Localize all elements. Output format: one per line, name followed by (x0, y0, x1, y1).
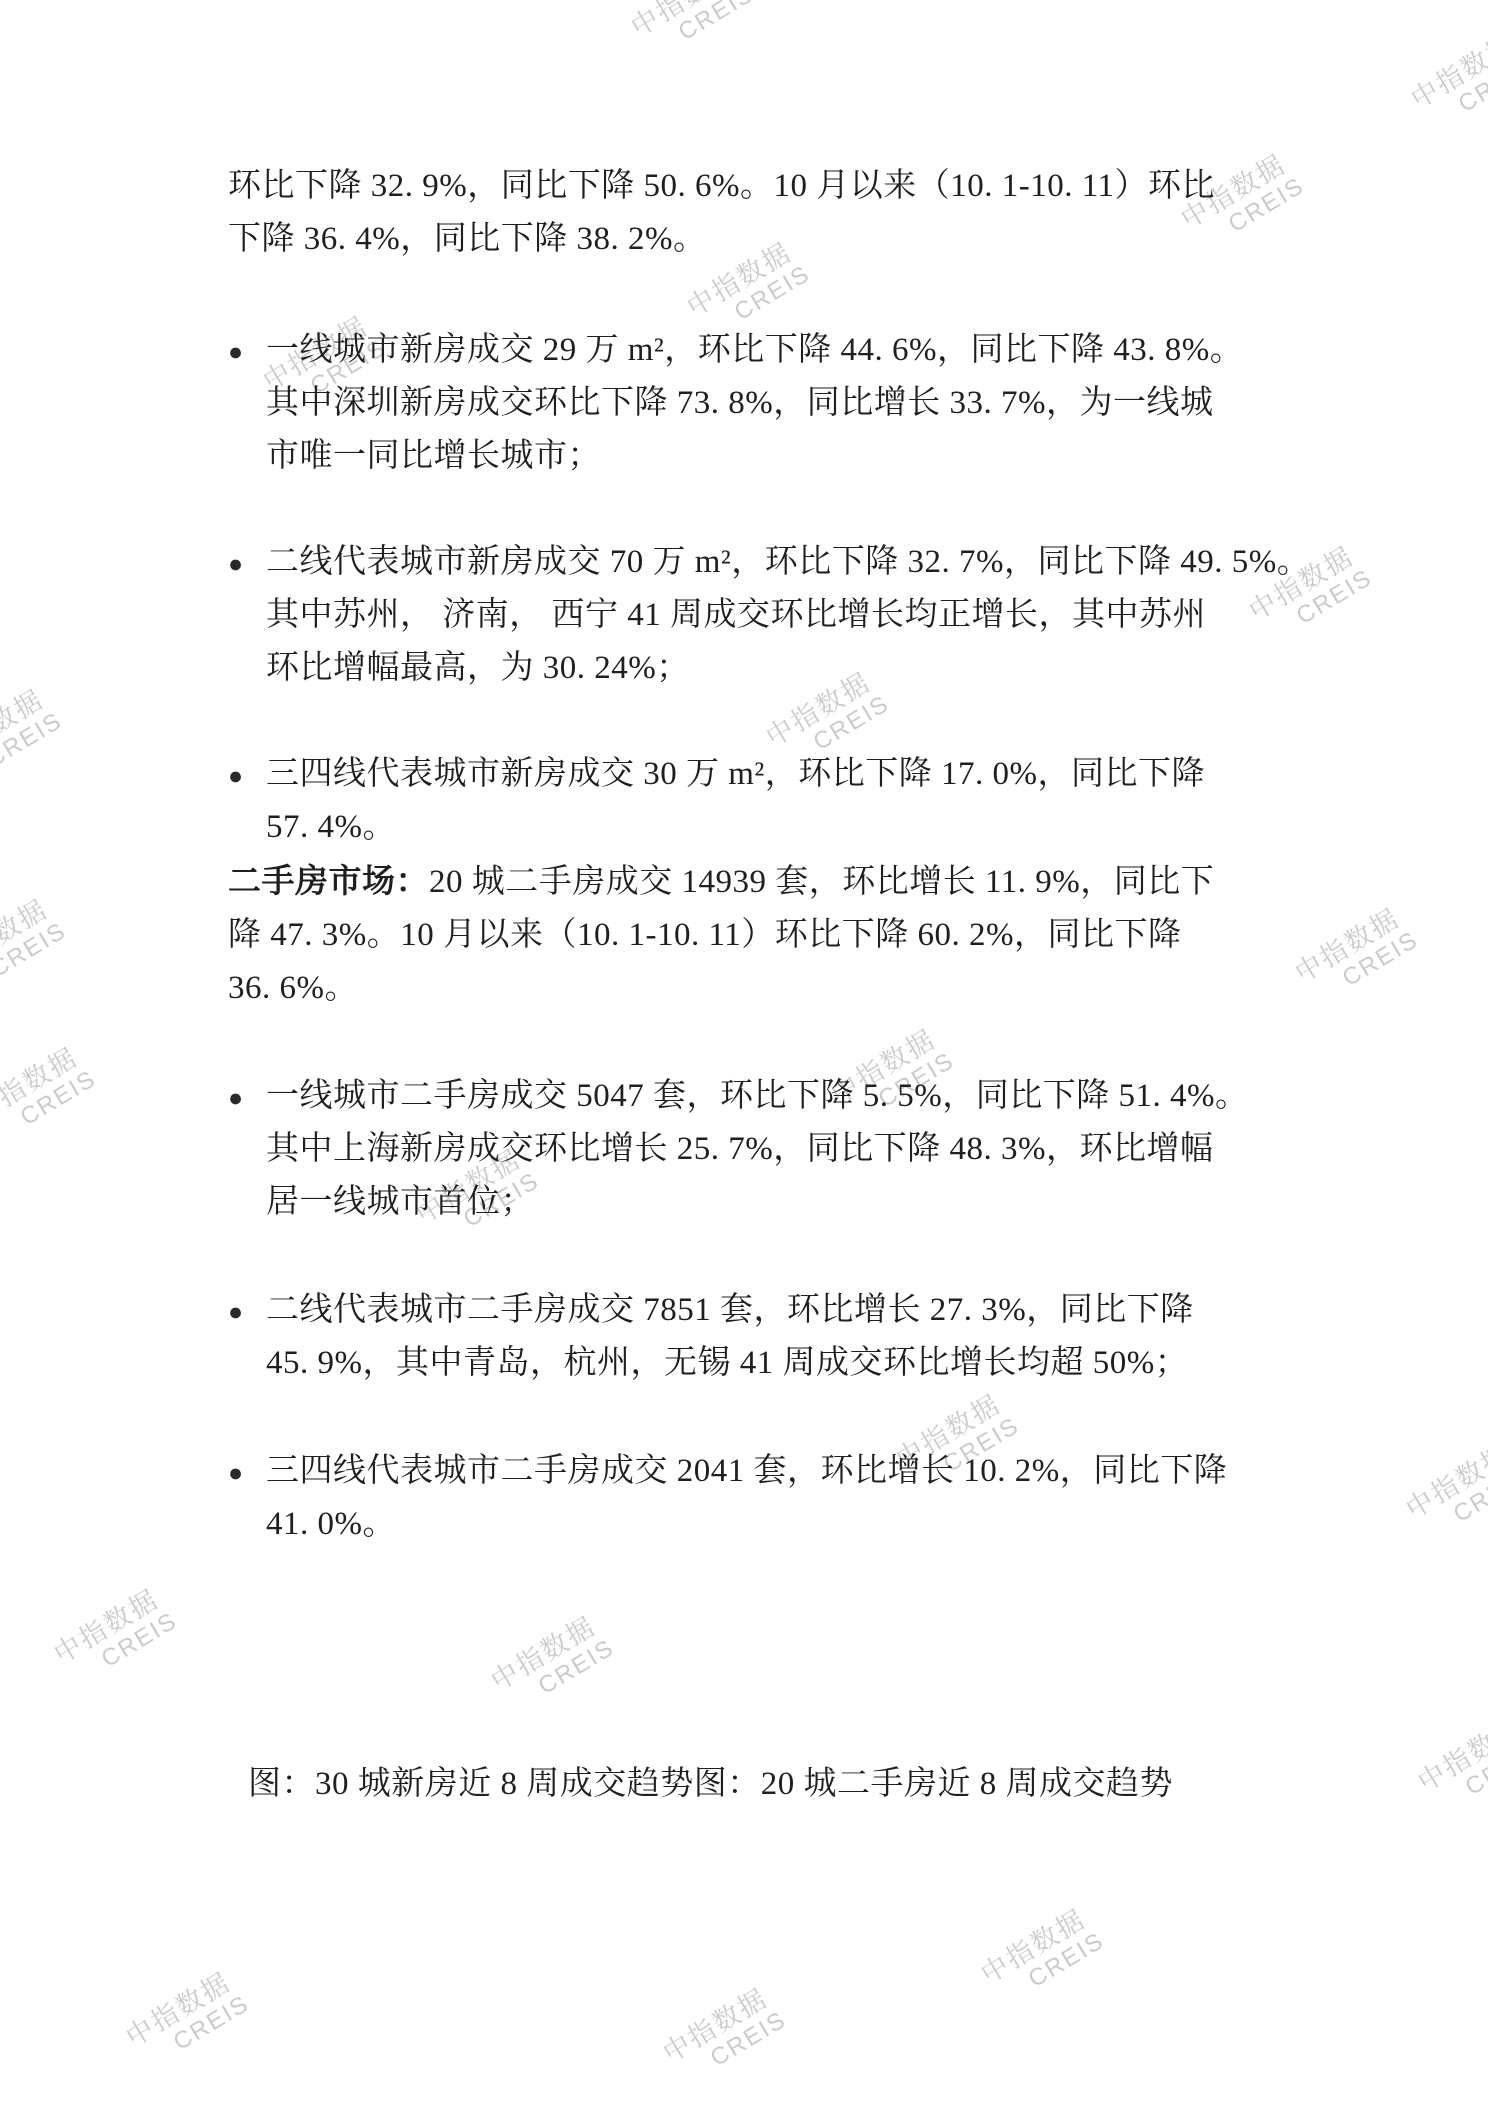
bullet-icon: ● (228, 1286, 266, 1339)
bullet-icon: ● (228, 750, 266, 803)
text-line: 居一线城市首位； (228, 1176, 1248, 1229)
paragraph: 二手房市场：20 城二手房成交 14939 套，环比增长 11. 9%，同比下降… (228, 856, 1214, 1015)
creis-watermark: 中指数据CREIS (659, 1967, 815, 2091)
bullet-item: ●三四线代表城市新房成交 30 万 m²，环比下降 17. 0%，同比下降57.… (228, 748, 1205, 854)
creis-watermark: 中指数据CREIS (0, 1026, 125, 1150)
watermark-text-en: CREIS (1225, 159, 1333, 237)
watermark-text-cn: 中指数据 (1291, 887, 1433, 987)
creis-watermark: 中指数据CREIS (627, 0, 783, 65)
bullet-icon: ● (228, 538, 266, 591)
creis-watermark: 中指数据CREIS (1407, 13, 1488, 137)
bullet-item: ●二线代表城市新房成交 70 万 m²，环比下降 32. 7%，同比下降 49.… (228, 536, 1310, 695)
bullet-icon: ● (228, 326, 266, 379)
creis-watermark: 中指数据CREIS (122, 1951, 278, 2075)
watermark-text-en: CREIS (170, 1977, 278, 2055)
bullet-item: ●三四线代表城市二手房成交 2041 套，环比增长 10. 2%，同比下降41.… (228, 1445, 1227, 1551)
watermark-text-cn: 中指数据 (1414, 1696, 1488, 1796)
text-line: ●二线代表城市二手房成交 7851 套，环比增长 27. 3%，同比下降 (228, 1284, 1194, 1337)
watermark-text-en: CREIS (675, 0, 783, 45)
watermark-text-en: CREIS (1462, 1722, 1488, 1800)
text-line: 二手房市场：20 城二手房成交 14939 套，环比增长 11. 9%，同比下 (228, 856, 1214, 909)
bullet-icon: ● (228, 1072, 266, 1125)
text-line: ●一线城市新房成交 29 万 m²，环比下降 44. 6%，同比下降 43. 8… (228, 324, 1243, 377)
watermark-text-cn: 中指数据 (50, 1568, 192, 1668)
paragraph: 环比下降 32. 9%，同比下降 50. 6%。10 月以来（10. 1-10.… (228, 160, 1215, 266)
watermark-text-en: CREIS (1339, 913, 1447, 991)
text-line: 环比下降 32. 9%，同比下降 50. 6%。10 月以来（10. 1-10.… (228, 160, 1215, 213)
text-line: ●二线代表城市新房成交 70 万 m²，环比下降 32. 7%，同比下降 49.… (228, 536, 1310, 589)
text-line: ●三四线代表城市二手房成交 2041 套，环比增长 10. 2%，同比下降 (228, 1445, 1227, 1498)
creis-watermark: 中指数据CREIS (0, 878, 95, 1002)
bullet-icon: ● (228, 1447, 266, 1500)
watermark-text-cn: 中指数据 (1407, 13, 1488, 113)
text-line: 环比增幅最高，为 30. 24%； (228, 642, 1310, 695)
bullet-item: ●一线城市二手房成交 5047 套，环比下降 5. 5%，同比下降 51. 4%… (228, 1070, 1248, 1229)
watermark-text-en: CREIS (1450, 1449, 1488, 1527)
text-line: 其中苏州， 济南， 西宁 41 周成交环比增长均正增长，其中苏州 (228, 589, 1310, 642)
watermark-text-cn: 中指数据 (487, 1595, 629, 1695)
creis-watermark: 中指数据CREIS (1402, 1423, 1488, 1547)
watermark-text-en: CREIS (0, 694, 91, 772)
creis-watermark: 中指数据CREIS (487, 1595, 643, 1719)
creis-watermark: 中指数据CREIS (50, 1568, 206, 1692)
creis-watermark: 中指数据CREIS (1414, 1696, 1488, 1820)
watermark-text-cn: 中指数据 (1402, 1423, 1488, 1523)
watermark-text-en: CREIS (17, 1052, 125, 1130)
watermark-text-cn: 中指数据 (0, 878, 81, 978)
bullet-item: ●二线代表城市二手房成交 7851 套，环比增长 27. 3%，同比下降45. … (228, 1284, 1194, 1390)
text-line: 市唯一同比增长城市； (228, 430, 1243, 483)
paragraph-lead-bold: 二手房市场： (228, 864, 429, 900)
watermark-text-cn: 中指数据 (659, 1967, 801, 2067)
text-line: 45. 9%，其中青岛，杭州，无锡 41 周成交环比增长均超 50%； (228, 1337, 1194, 1390)
creis-watermark: 中指数据CREIS (0, 668, 91, 792)
watermark-text-en: CREIS (98, 1594, 206, 1672)
figure-caption: 图：30 城新房近 8 周成交趋势图：20 城二手房近 8 周成交趋势 (248, 1758, 1173, 1811)
text-line: 降 47. 3%。10 月以来（10. 1-10. 11）环比下降 60. 2%… (228, 909, 1214, 962)
bullet-item: ●一线城市新房成交 29 万 m²，环比下降 44. 6%，同比下降 43. 8… (228, 324, 1243, 483)
text-line: 下降 36. 4%，同比下降 38. 2%。 (228, 213, 1215, 266)
watermark-text-en: CREIS (1025, 1914, 1133, 1992)
text-line: ●一线城市二手房成交 5047 套，环比下降 5. 5%，同比下降 51. 4%… (228, 1070, 1248, 1123)
text-line: 其中深圳新房成交环比下降 73. 8%，同比增长 33. 7%，为一线城 (228, 377, 1243, 430)
watermark-text-cn: 中指数据 (977, 1888, 1119, 1988)
text-line: 36. 6%。 (228, 962, 1214, 1015)
watermark-text-cn: 中指数据 (627, 0, 769, 42)
text-line: 其中上海新房成交环比增长 25. 7%，同比下降 48. 3%，环比增幅 (228, 1123, 1248, 1176)
text-line: ●三四线代表城市新房成交 30 万 m²，环比下降 17. 0%，同比下降 (228, 748, 1205, 801)
watermark-text-cn: 中指数据 (122, 1951, 264, 2051)
watermark-text-en: CREIS (1455, 39, 1488, 117)
watermark-text-cn: 中指数据 (0, 668, 77, 768)
watermark-text-en: CREIS (0, 904, 95, 982)
watermark-text-en: CREIS (535, 1621, 643, 1699)
watermark-text-cn: 中指数据 (0, 1026, 111, 1126)
document-page: 中指数据CREIS中指数据CREIS中指数据CREIS中指数据CREIS中指数据… (0, 0, 1488, 2104)
creis-watermark: 中指数据CREIS (1291, 887, 1447, 1011)
text-line: 41. 0%。 (228, 1498, 1227, 1551)
watermark-text-en: CREIS (707, 1993, 815, 2071)
text-line: 57. 4%。 (228, 801, 1205, 854)
creis-watermark: 中指数据CREIS (977, 1888, 1133, 2012)
